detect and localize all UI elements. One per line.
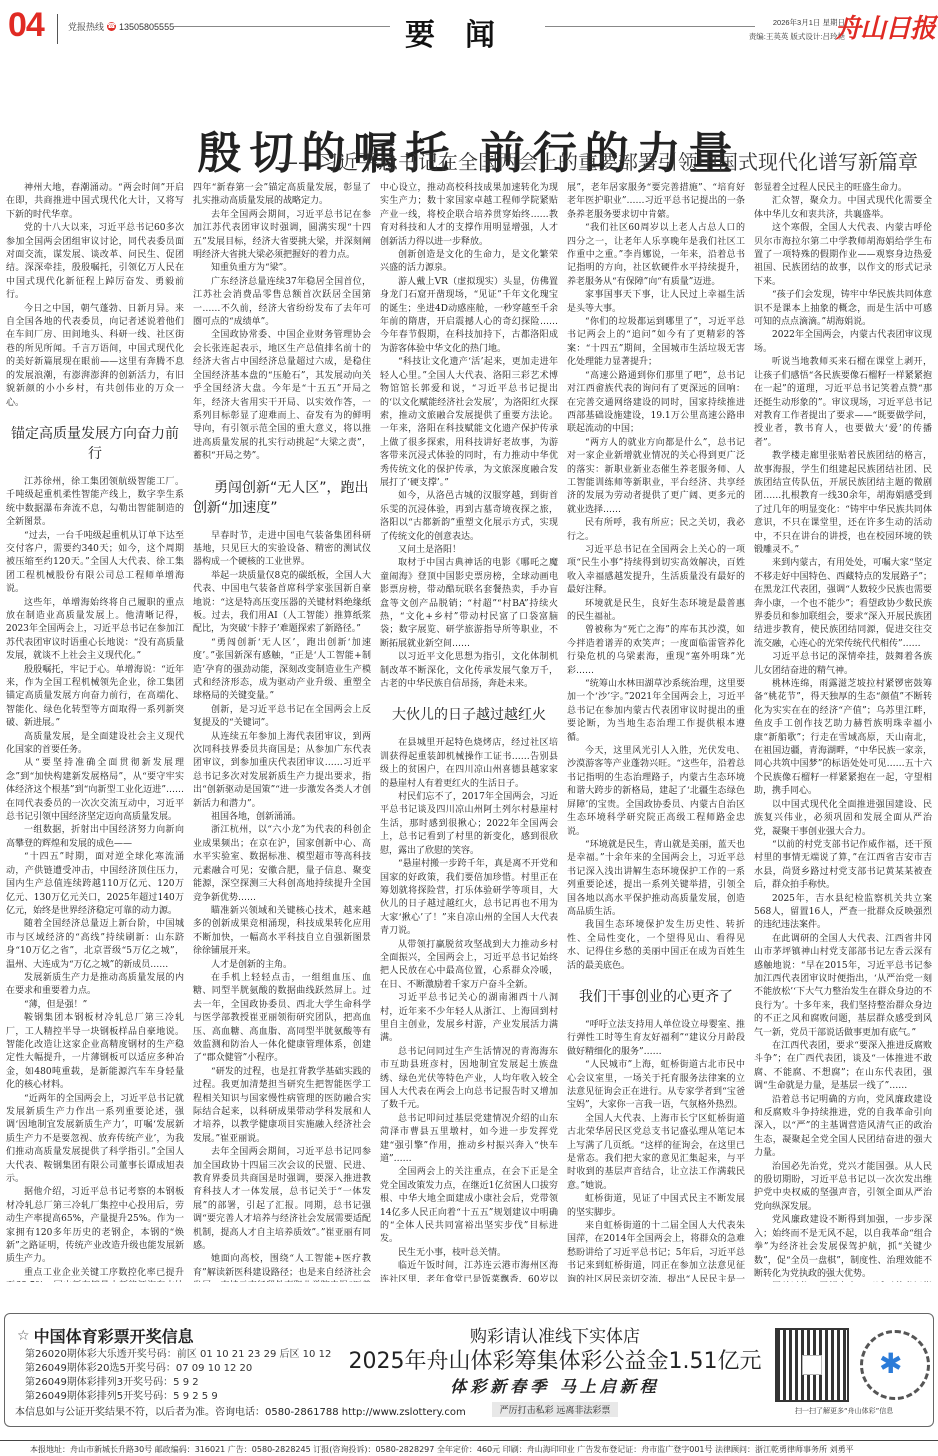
paragraph: 来到内蒙古，有用处处，可嘱大家“坚定不移走好中国特色、西藏特点的发展路子”；在黑…	[754, 557, 932, 651]
paragraph: 在手机上轻轻点击，一组组血压、血糖、同型半胱氨酸的数据曲线跃然屏上。过去一年，全…	[193, 972, 371, 1066]
paragraph: 去年全国两会期间，习近平总书记同参加全国政协十四届三次会议的民盟、民进、教育界委…	[193, 1146, 371, 1253]
paragraph: 来自虹桥街道的十二届全国人大代表朱国萍，在2014年全国两会上，将群众的急难愁盼…	[567, 1220, 745, 1282]
hotline-label: 党报热线	[68, 20, 104, 33]
paragraph: 总书记叩问过基层党建情况介绍的山东菏泽市曹县五里墩村，如今进一步发挥党建“强引擎…	[380, 1113, 558, 1167]
paragraph: 治国必先治党，党兴才能国强。从人民的殷切期盼，习近平总书记以一次次发出维护党中央…	[754, 1161, 932, 1215]
paragraph: 江苏徐州，徐工集团领航级智能工厂。千吨级起重机柔性智能产线上，数字孪生系统中数据…	[6, 476, 184, 530]
masthead-rule-right	[545, 26, 755, 27]
paragraph: 神州大地，春潮涌动。“两会时间”开启在即，共商推进中国式现代化大计，又将写下新的…	[6, 182, 184, 222]
paragraph: 从连续五年参加上海代表团审议，到两次同科技界委员共商国是；从参加广东代表团审议，…	[193, 731, 371, 811]
paragraph: 举起一块质量仅8克的碳纸板，全国人大代表、中国电气装备首席科学家张国新自豪地说：…	[193, 570, 371, 637]
ad-line-2: 2025年舟山体彩筹集体彩公益金1.51亿元	[345, 1348, 765, 1376]
paragraph: 一组数据，折射出中国经济努力向新向高攀登的辉煌和发展的成色——	[6, 824, 184, 851]
phone-icon: ☎	[107, 22, 116, 31]
paragraph: 习近平总书记的深情牵挂，鼓舞着各族儿女团结奋进的精气神。	[754, 651, 932, 678]
paragraph: 殷殷嘱托，牢记于心。单增海说：“近年来，作为全国工程机械领先企业，徐工集团锚定高…	[6, 664, 184, 731]
paragraph: 全国人大代表、上海市长宁区虹桥街道古北荣华居民区党总支书记盛弘理从笔记本上写满了…	[567, 1113, 745, 1193]
paragraph: “科技让文化遗产‘活’起来，更加走进年轻人心里。”全国人大代表、洛阳三彩艺术博物…	[380, 356, 558, 490]
paragraph: 回首过往，展望未来，习近平总书记指明了前进方向——只有全体人民心往一处想，劲往一…	[754, 1281, 932, 1282]
lottery-star-icon: ☆	[17, 1328, 30, 1344]
dateline: 2026年3月1日 星期日 责编:王英英 版式设计:吕玲艳	[745, 16, 845, 44]
article-column: 展”，老年居家服务“要完善措施”、“培育好老年医护职业”……习近平总书记提出的一…	[567, 182, 745, 1282]
paragraph: 2022年全国两会，内蒙古代表团审议现场。	[754, 329, 932, 356]
masthead-divider	[57, 14, 58, 44]
paragraph: “统筹山水林田湖草沙系统治理，这里要加一个‘沙’字。”2021年全国两会上，习近…	[567, 678, 745, 745]
paragraph: 中心设立，推动高校科技成果加速转化为现实生产力；数十家国家卓越工程师学院紧贴产业…	[380, 182, 558, 249]
paragraph: 民有所呼，我有所应；民之关切，我必行之。	[567, 517, 745, 544]
paragraph: 曾被称为“死亡之海”的库布其沙漠，如今拌造着谱弄的欢笑声；一度面临雷管养化行染危…	[567, 624, 745, 678]
paragraph: 四年“新春第一会”锚定高质量发展，彰显了扎实推动高质量发展的战略定力。	[193, 182, 371, 209]
ad-slogan-block: 购彩请认准线下实体店 2025年舟山体彩筹集体彩公益金1.51亿元 体彩新春季 …	[345, 1326, 765, 1417]
paragraph: 今日之中国，朝气蓬勃、日新月异。来自全国各地的代表委员，向记者述说着他们在车间厂…	[6, 303, 184, 410]
draw-result: 第26049期体彩20选5开奖号码：07 09 10 12 20	[25, 1362, 331, 1376]
paragraph: “人民城市”上海，虹桥街道古北市民中心会议室里，一场关于托育服务法律案的立法意见…	[567, 1059, 745, 1113]
paragraph: 沿着总书记明确的方向，党风廉政建设和反腐败斗争持续推进，党的自我革命引向深入，以…	[754, 1094, 932, 1161]
paragraph: “两方人的就业方向都是什么”，总书记对一家企业新增就业情况的关心得到更广泛的落实…	[567, 437, 745, 517]
paragraph: 桃林连绵，雨露滋芝坡拉村紧锣密鼓筹备“桃花节”，得天独厚的生态“颜值”不断转化为…	[754, 678, 932, 799]
masthead: 04 党报热线 ☎ 13505805555 要闻 2026年3月1日 星期日 责…	[0, 0, 938, 48]
paper-logo: 舟山日报	[835, 8, 935, 45]
paragraph: 虹桥街道，见证了中国式民主不断发展的坚实脚步。	[567, 1193, 745, 1220]
paragraph: 创新创造是文化的生命力，是文化繁荣兴盛的活力源泉。	[380, 249, 558, 276]
paragraph: 习近平总书记在全国两会上关心的一项项“民生小事”持续得到切实高效解决，百姓收入幸…	[567, 544, 745, 598]
footer-info: 本报地址：舟山市新城长升路30号 邮政编码：316021 广告：0580-282…	[30, 1444, 854, 1455]
paragraph: 广东经济总量连续37年稳居全国首位，江苏社会消费品零售总额首次跃居全国第一……不…	[193, 276, 371, 330]
section-heading: 勇闯创新“无人区”，跑出创新“加速度”	[193, 478, 371, 518]
paragraph: 去年全国两会期间，习近平总书记在参加江苏代表团审议时强调，圆满实现“十四五”发展…	[193, 209, 371, 263]
paragraph: 展”，老年居家服务“要完善措施”、“培育好老年医护职业”……习近平总书记提出的一…	[567, 182, 745, 222]
paragraph: 早春时节，走进中国电气装备集团科研基地，只见巨大的实验设备、精密的测试仪器构成一…	[193, 530, 371, 570]
paragraph: 临近午饭时间，江苏连云港市海州区海连社区里，老年食堂已是饭菜飘香，60岁以上老人…	[380, 1260, 558, 1282]
paragraph: 又问土是洛阳！	[380, 544, 558, 557]
paragraph: 彰显着全过程人民民主的旺盛生命力。	[754, 182, 932, 195]
scan-caption: 扫一扫了解更多“舟山体彩”信息	[795, 1406, 893, 1416]
paragraph: 游人戴上VR（虚拟现实）头显，仿佛置身龙门石窟开凿现场，“见证”千年文化瑰宝的诞…	[380, 276, 558, 356]
page-number: 04	[8, 8, 44, 42]
paragraph: 全国政协常委、中国企业财务管理协会会长张连起表示，地区生产总值排名前十的经济大省…	[193, 329, 371, 463]
section-heading: 我们干事创业的心更齐了	[567, 987, 745, 1007]
paragraph: 家事国事天下事，让人民过上幸福生活是头等大事。	[567, 289, 745, 316]
article-column: 神州大地，春潮涌动。“两会时间”开启在即，共商推进中国式现代化大计，又将写下新的…	[6, 182, 184, 1282]
paragraph: 从带领打赢脱贫攻坚战到大力推动乡村全面振兴，全国两会上，习近平总书记始终把人民放…	[380, 939, 558, 993]
lottery-title-text: 中国体育彩票开奖信息	[34, 1324, 194, 1347]
lottery-draws: 第26020期体彩大乐透开奖号码：前区 01 10 21 23 29 后区 10…	[25, 1348, 331, 1404]
paragraph: “过去，一台千吨级起重机从订单下达至交付客户，需要约340天；如今，这个周期被压…	[6, 530, 184, 597]
paragraph: “十四五”时期，面对逆全球化寒流涌动，产供链遭受冲击，中国经济顶住压力，国内生产…	[6, 851, 184, 918]
paragraph: 浙江杭州，以“六小龙”为代表的科创企业成果频出；在京在沪，国家创新中心、高水平实…	[193, 824, 371, 904]
section-name: 要闻	[405, 10, 525, 54]
hotline: 党报热线 ☎ 13505805555	[68, 20, 174, 33]
paragraph: “孩子们会发现，铸牢中华民族共同体意识不是课本上抽象的概念，而是生活中可感可知的…	[754, 289, 932, 329]
paragraph: 创新，是习近平总书记在全国两会上反复提及的“关键词”。	[193, 704, 371, 731]
paragraph: 党风廉政建设不断得到加强，一步步深入；始终而不是无风不起，以自我革命“组合拳”为…	[754, 1214, 932, 1281]
article-column: 中心设立，推动高校科技成果加速转化为现实生产力；数十家国家卓越工程师学院紧贴产业…	[380, 182, 558, 1282]
footer-rule	[0, 1440, 938, 1441]
paragraph: 高质量发展，是全面建设社会主义现代化国家的首要任务。	[6, 731, 184, 758]
paragraph: “以前的村党支部书记作威作福，还干预村里的事情无端说了算，”在江西省吉安市吉水县…	[754, 839, 932, 893]
paragraph: 在江西代表团，要求“要深入推进反腐败斗争”；在广西代表团，谈及“一体推进不敢腐、…	[754, 1040, 932, 1094]
paragraph: 这个寒假，全国人大代表、内蒙古呼伦贝尔市海拉尔第二中学教师胡海娟给学生布置了一项…	[754, 222, 932, 289]
paragraph: 随着全国经济总量迈上新台阶，中国城市与区域经济的“高线”持续刷新：山东跻身“10…	[6, 918, 184, 972]
paragraph: 知重负重方为“梁”。	[193, 262, 371, 275]
lottery-ad-box: ☆ 中国体育彩票开奖信息 第26020期体彩大乐透开奖号码：前区 01 10 2…	[4, 1313, 934, 1427]
paragraph: 以习近平文化思想为指引，文化体制机制改革不断深化，文化传承发展气象万千，古老的中…	[380, 651, 558, 691]
draw-result: 第26020期体彩大乐透开奖号码：前区 01 10 21 23 29 后区 10…	[25, 1348, 331, 1362]
subheadline: ——习近平总书记在全国两会上的重要部署引领中国式现代化谱写新篇章	[138, 146, 918, 175]
issue-date: 2026年3月1日 星期日	[745, 16, 845, 30]
paragraph: 2025年，吉水县纪检监察机关共立案568人，留置16人，严查一批群众反映强烈的…	[754, 893, 932, 933]
paragraph: 人才是创新的主角。	[193, 959, 371, 972]
paragraph: “我们社区60周岁以上老人占总人口的四分之一，让老年人乐享晚年是我们社区工作重中…	[567, 222, 745, 289]
section-heading: 大伙儿的日子越过越红火	[380, 705, 558, 725]
paragraph: “勇闯创新‘无人区’，跑出创新‘加速度’。”张国新深有感触，“正是‘人工智能+制…	[193, 637, 371, 704]
paragraph: 环境就是民生，良好生态环境是最普惠的民生福祉。	[567, 598, 745, 625]
article-body: 神州大地，春潮涌动。“两会时间”开启在即，共商推进中国式现代化大计，又将写下新的…	[6, 182, 934, 1282]
paragraph: 瞄准新兴领域和关键核心技术，越来越多的创新成果竞相涌现，科技成果转化应用不断加快…	[193, 905, 371, 959]
paragraph: 如今，从洛邑古城的汉服穿越，到街首乐雯的沉浸体验，再到古墓奇境夜探之旅，洛阳以“…	[380, 490, 558, 544]
section-heading: 锚定高质量发展方向奋力前行	[6, 424, 184, 464]
paragraph: 听说当地教师买来石榴在课堂上剥开，让孩子们感悟“各民族要像石榴籽一样紧紧抱在一起…	[754, 356, 932, 450]
ad-slogan: 体彩新春季 马上启新程	[345, 1376, 765, 1398]
paragraph: “悬崖村搬一步跨千年，真是离不开党和国家的好政策，我们要倍加珍惜。村里正在筹划就…	[380, 858, 558, 938]
paragraph: 村民们忘不了，2017年全国两会，习近平总书记谈及四川凉山州阿土列尔村悬崖村生活…	[380, 791, 558, 858]
paragraph: “环境就是民生，青山就是美丽，蓝天也是幸福。”十余年来的全国两会上，习近平总书记…	[567, 839, 745, 919]
hotline-number: 13505805555	[119, 22, 174, 32]
paragraph: “高速公路通到你们那里了吧”，总书记对江西畲族代表的询问有了更深远的回响：在完善…	[567, 370, 745, 437]
paragraph: 据他介绍，习近平总书记考察的本钢板材冷轧总厂第三冷轧厂集控中心投用后，劳动生产率…	[6, 1186, 184, 1266]
paragraph: “研发的过程，也是扛背教学基础实践的过程。我更加清楚担当研究生把智能医学工程相关…	[193, 1066, 371, 1146]
paragraph: 以中国式现代化全面推进强国建设、民族复兴伟业，必须巩固和发展全面从严治党，凝聚干…	[754, 799, 932, 839]
paragraph: 这些年，单增海始终将自己履职的重点放在制造业高质量发展上。他清晰记得，2023年…	[6, 597, 184, 664]
paragraph: “呼吁立法支持用人单位设立母婴室、推行弹性工时等生育友好福利”“建议分月龄段做好…	[567, 1019, 745, 1059]
paragraph: 在县城里开起特色烧烤店，经过社区培训获得起重装卸机械操作工证书……告别县级上的贫…	[380, 737, 558, 791]
paragraph: 重点工业企业关键工序数控化率已提升至68.5%，国内新车销量中新能源汽车占比首次…	[6, 1267, 184, 1282]
paragraph: 民生无小事，枝叶总关情。	[380, 1247, 558, 1260]
paragraph: 教学楼走廊里张贴着民族团结的格言，故事海报，学生们组建起民族团结社团、民族团结宣…	[754, 450, 932, 557]
paragraph: 祖国各地，创新涌涌。	[193, 811, 371, 824]
ad-line-1: 购彩请认准线下实体店	[345, 1326, 765, 1348]
paragraph: 今天，这里风光引人入胜，光伏发电、沙漠游客等产业蓬勃兴旺。“这些年，沿着总书记指…	[567, 745, 745, 839]
qr-code-icon[interactable]	[775, 1328, 849, 1402]
paragraph: “薄，但是强！”	[6, 999, 184, 1012]
editors-credit: 责编:王英英 版式设计:吕玲艳	[745, 30, 845, 44]
mini-program-code-icon[interactable]: ✱	[860, 1330, 930, 1400]
paragraph: 习近平总书记关心的湖南湘西十八洞村，近年来不少年轻人从浙江、上海回到村里自主创业…	[380, 992, 558, 1046]
paragraph: 取材于中国古典神话的电影《哪吒之魔童闹海》登顶中国影史票房榜，全球动画电影票房榜…	[380, 557, 558, 651]
article-column: 四年“新春第一会”锚定高质量发展，彰显了扎实推动高质量发展的战略定力。去年全国两…	[193, 182, 371, 1282]
paragraph: 在此调研的全国人大代表、江西省井冈山市茅坪镇神山村党支部部书记左香云深有感触地说…	[754, 933, 932, 1040]
paragraph: 全国两会上的关注重点，在会下正是全党全国改策发力点，在继近1亿贫困人口拔穷根、中…	[380, 1166, 558, 1246]
paragraph: 鞍钢集团本钢板材冷轧总厂第三冷轧厂，工人精控半导一块钢板样品自豪地说。智能化改造…	[6, 1012, 184, 1092]
ad-warning: 严厉打击私彩 远离非法彩票	[492, 1402, 619, 1417]
paragraph: 从“要坚持准确全面贯彻新发展理念”到“加快构建新发展格局”，从“要守牢实体经济这…	[6, 757, 184, 824]
draw-result: 第26049期体彩排列5开奖号码：5 9 2 5 9	[25, 1390, 331, 1404]
paragraph: 她面向高校，围绕“人工智能+医疗教育”解读新医科建设路径；也是来自经济社会发展，…	[193, 1253, 371, 1282]
draw-result: 第26049期体彩排列3开奖号码：5 9 2	[25, 1376, 331, 1390]
paragraph: 总书记问同过生产生活情况的青海海东市互助县班彦村，因地制宜发展起土族盘绣、绿色光…	[380, 1046, 558, 1113]
article-column: 彰显着全过程人民民主的旺盛生命力。汇众智，聚众力。中国式现代化需要全体中华儿女和…	[754, 182, 932, 1282]
paragraph: “你们的垃圾都运到哪里了”，习近平总书记两会上的“追问”如今有了更精彩的答案：“…	[567, 316, 745, 370]
paragraph: 汇众智，聚众力。中国式现代化需要全体中华儿女和衷共济，共襄盛举。	[754, 195, 932, 222]
paragraph: 发展新质生产力是推动高质量发展的内在要求和重要着力点。	[6, 972, 184, 999]
paragraph: 党的十八大以来，习近平总书记60多次参加全国两会团组审议讨论，同代表委员面对面交…	[6, 222, 184, 302]
lottery-title: ☆ 中国体育彩票开奖信息	[17, 1324, 194, 1347]
masthead-rule-left	[170, 26, 390, 27]
paragraph: “近两年的全国两会上，习近平总书记就发展新质生产力作出一系列重要论述，强调‘因地…	[6, 1093, 184, 1187]
paragraph: 我国生态环境保护发生历史性、转折性、全局性变化，一个望得见山、看得见水、记得住乡…	[567, 919, 745, 973]
